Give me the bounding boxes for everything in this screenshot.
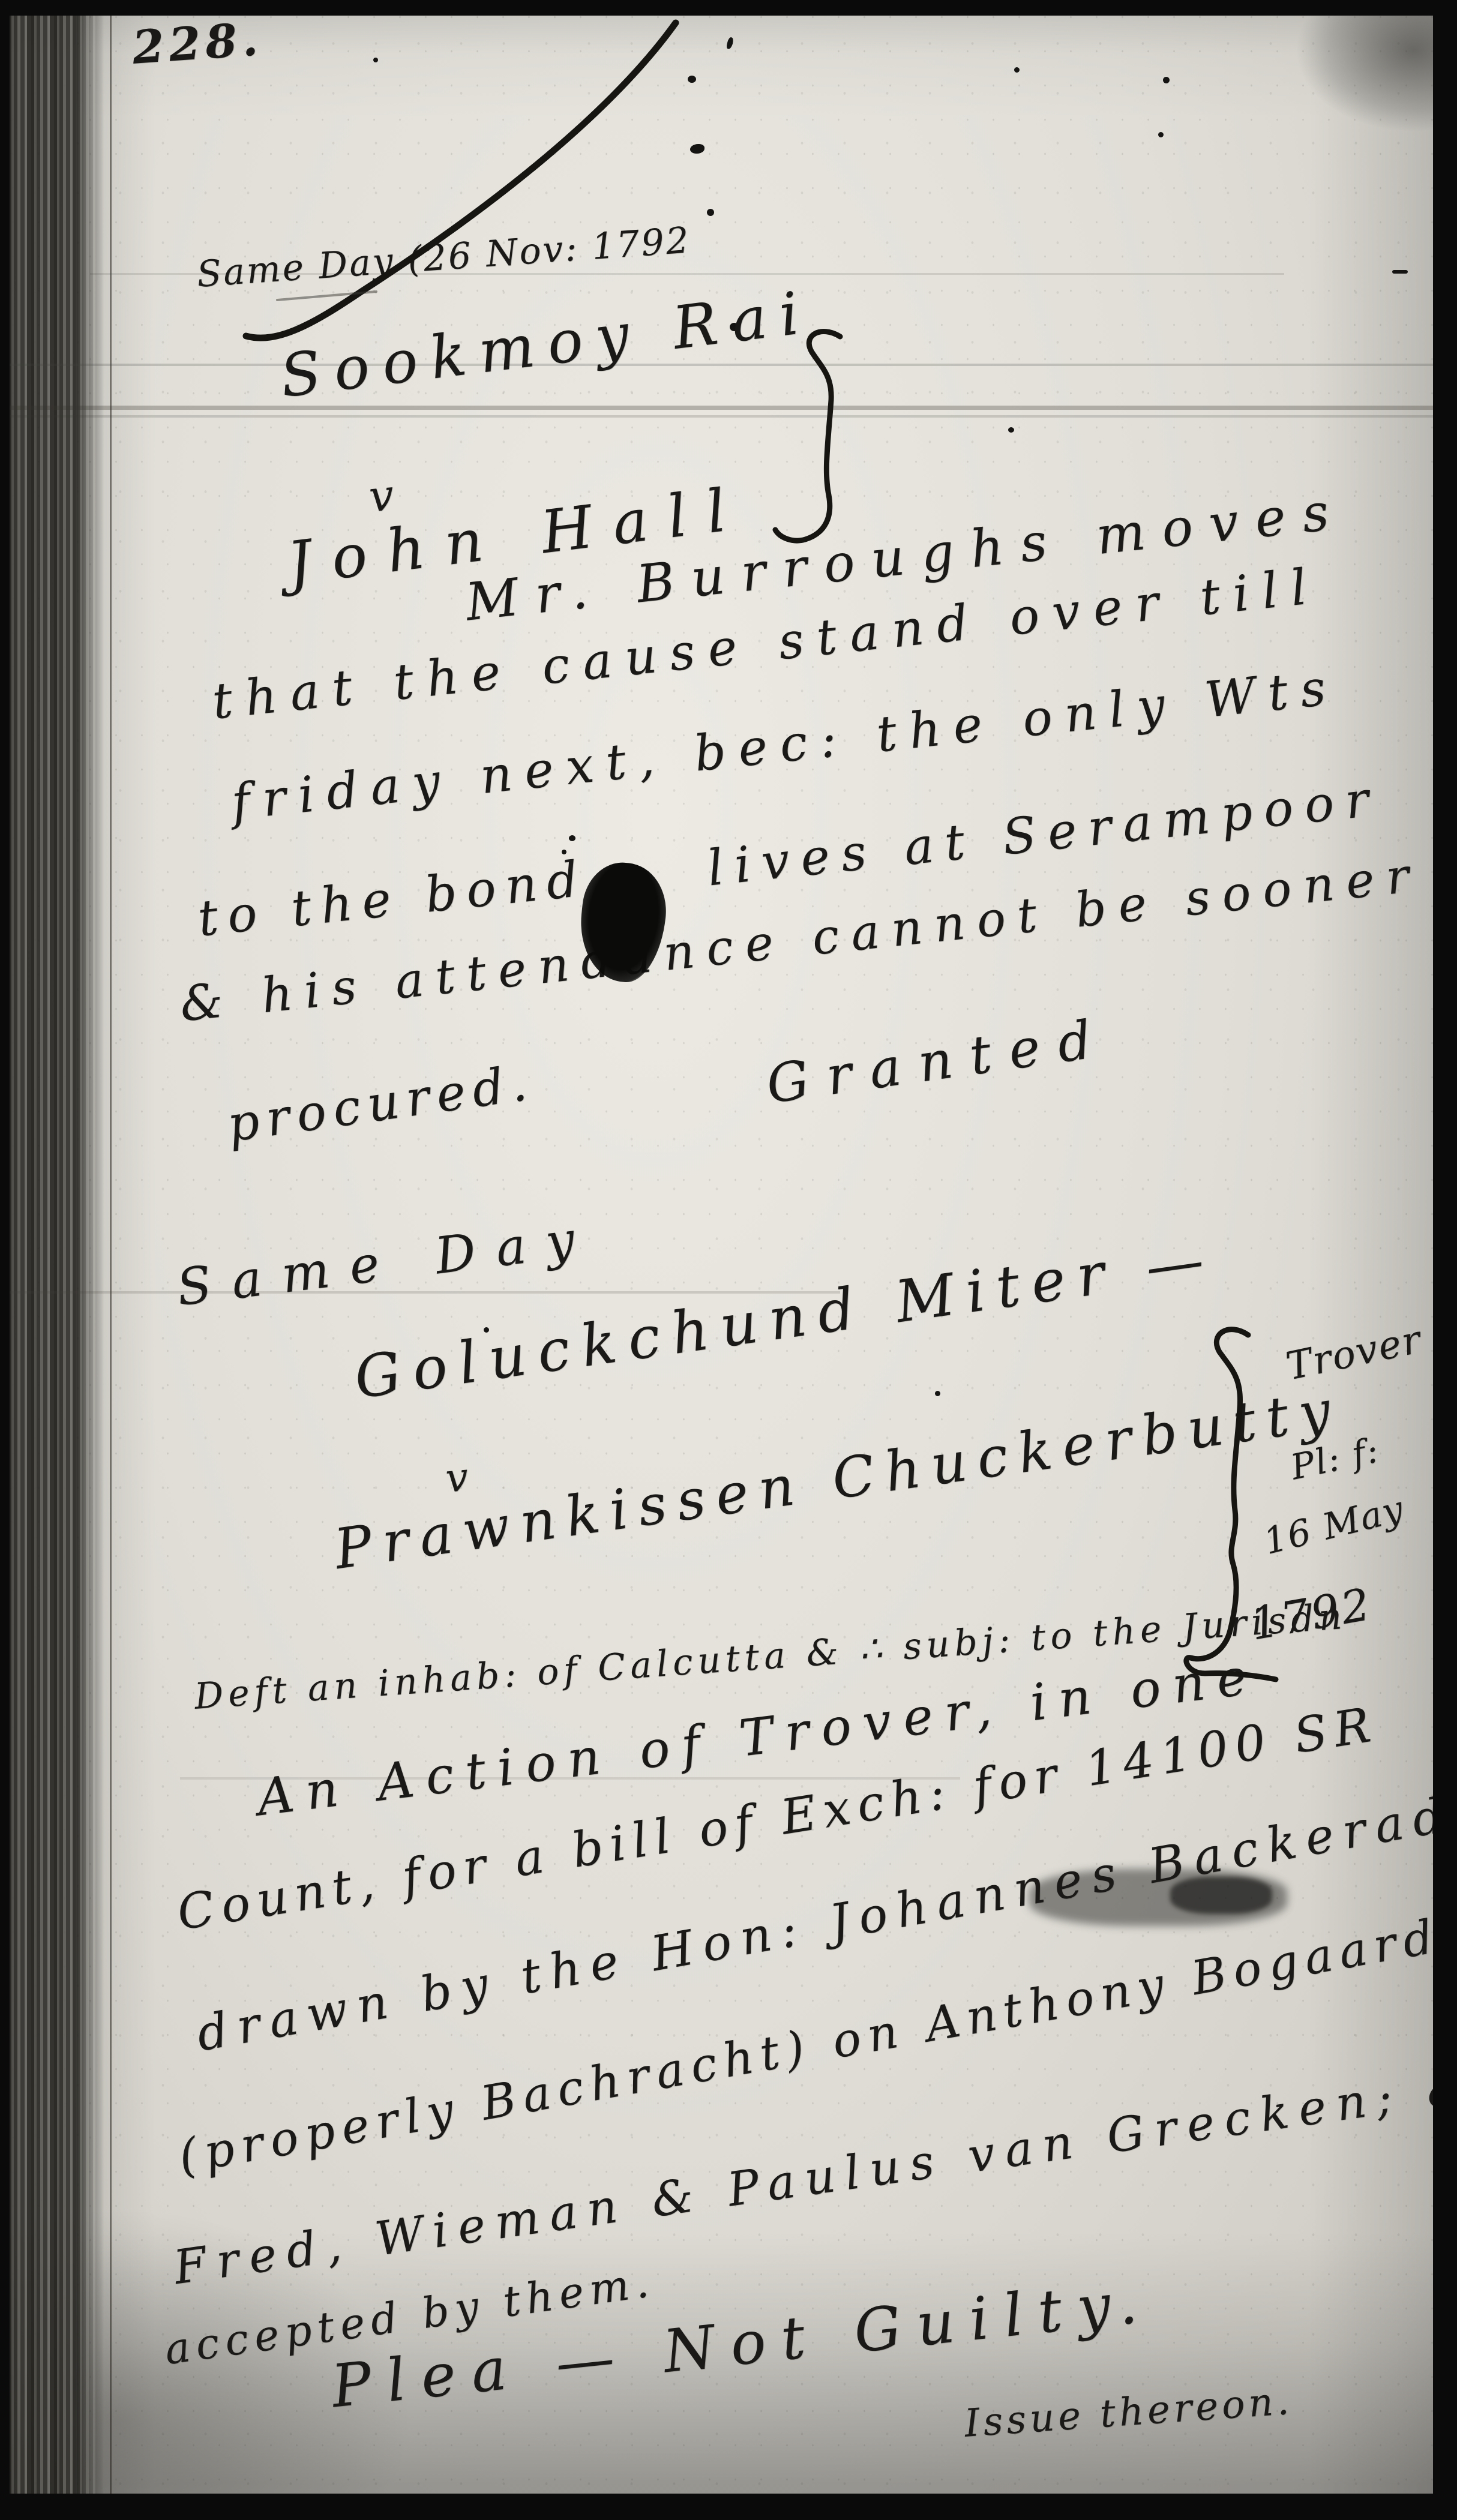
scan-streak bbox=[0, 1291, 840, 1294]
scan-streak bbox=[0, 415, 1457, 418]
ink-speck bbox=[1163, 77, 1170, 83]
ruling-granted: Granted bbox=[763, 1011, 1113, 1111]
scan-border-top bbox=[0, 0, 1457, 16]
case1-brace-icon bbox=[769, 327, 865, 561]
handwritten-line: Fred, Wieman & Paulus van Grecken; & bbox=[171, 2062, 1457, 2292]
scan-border-left bbox=[0, 0, 10, 2520]
handwritten-line: procured. bbox=[224, 1058, 536, 1150]
ink-speck bbox=[1158, 132, 1164, 137]
scan-streak bbox=[0, 406, 1457, 410]
manuscript-scan-page: 228. Same Day (26 Nov: 1792 Sookmoy Rai … bbox=[0, 0, 1457, 2520]
ink-speck bbox=[707, 209, 714, 216]
book-spine-gutter bbox=[8, 0, 104, 2520]
scan-border-right bbox=[1433, 0, 1457, 2520]
case1-versus: v bbox=[367, 473, 395, 518]
handwritten-line: to the bond bbox=[196, 854, 590, 944]
case2-versus: v bbox=[444, 1457, 470, 1499]
ink-speck bbox=[1392, 270, 1408, 274]
ink-speck bbox=[1014, 67, 1020, 73]
ink-speck bbox=[569, 835, 575, 841]
margin-rule-line bbox=[110, 0, 112, 2520]
ink-speck bbox=[1008, 427, 1014, 433]
ink-speck bbox=[935, 1391, 940, 1396]
margin-note-cause: Trover bbox=[1283, 1321, 1425, 1387]
case2-brace-icon bbox=[1176, 1323, 1296, 1695]
entry2-day-heading: Same Day bbox=[174, 1212, 598, 1313]
flourish-mark bbox=[235, 11, 703, 353]
issue-line: Issue thereon. bbox=[963, 2382, 1294, 2443]
scan-border-bottom bbox=[0, 2494, 1457, 2520]
scan-streak bbox=[0, 364, 1457, 366]
stray-ink-mark bbox=[726, 37, 735, 50]
